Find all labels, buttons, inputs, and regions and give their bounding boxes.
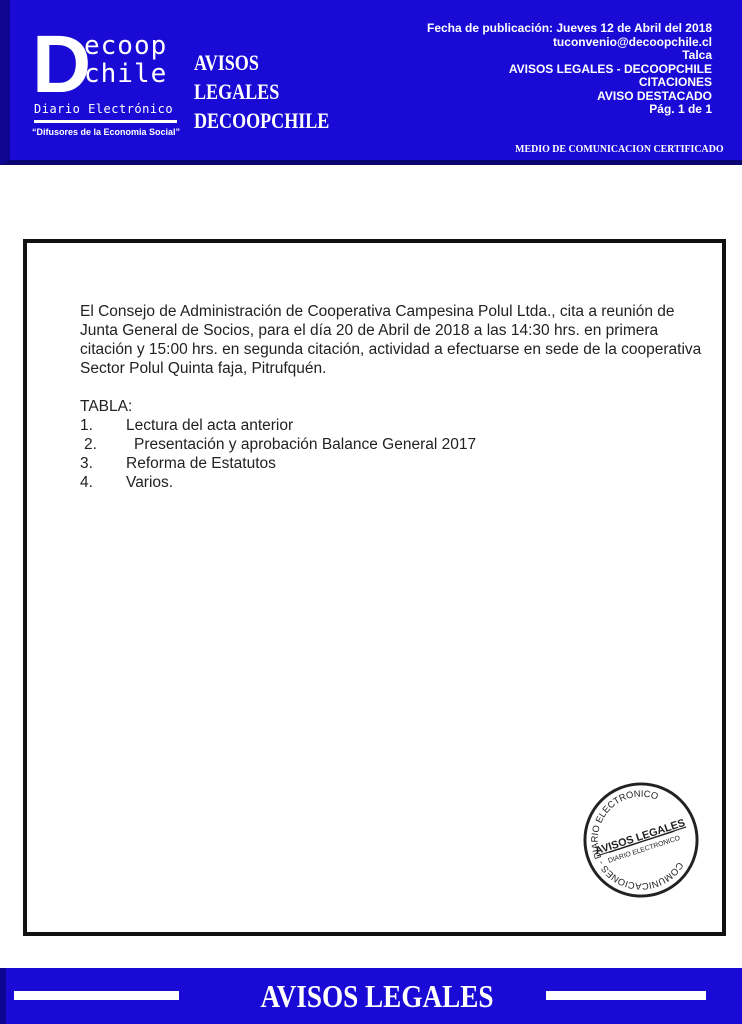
agenda-item: 2. Presentación y aprobación Balance Gen…: [80, 435, 710, 454]
agenda-item-text: Varios.: [126, 473, 173, 492]
logo-slogan: “Difusores de la Economia Social”: [32, 127, 180, 137]
agenda-item-number: 3.: [80, 454, 126, 473]
agenda-label: TABLA:: [80, 397, 710, 416]
agenda-item: 1. Lectura del acta anterior: [80, 416, 710, 435]
notice-body: El Consejo de Administración de Cooperat…: [80, 302, 710, 492]
agenda-item-text: Reforma de Estatutos: [126, 454, 276, 473]
category: CITACIONES: [427, 76, 712, 90]
agenda-item-number: 2.: [80, 435, 134, 454]
city: Talca: [427, 49, 712, 63]
agenda-item-number: 4.: [80, 473, 126, 492]
notice-paragraph: El Consejo de Administración de Cooperat…: [80, 302, 710, 378]
section-title-line: AVISOS: [194, 48, 329, 77]
logo-line1: ecoop: [84, 32, 167, 60]
agenda-item-number: 1.: [80, 416, 126, 435]
logo-divider: [34, 120, 177, 123]
footer-banner: AVISOS LEGALES: [0, 968, 742, 1024]
section-title: AVISOS LEGALES DECOOPCHILE: [194, 48, 329, 135]
publication-date: Fecha de publicación: Jueves 12 de Abril…: [427, 22, 712, 36]
agenda-item: 3. Reforma de Estatutos: [80, 454, 710, 473]
footer-divider-right: [546, 991, 706, 1000]
contact-email[interactable]: tuconvenio@decoopchile.cl: [427, 36, 712, 50]
logo-line2: chile: [84, 60, 167, 88]
agenda-item: 4. Varios.: [80, 473, 710, 492]
section-title-line: LEGALES: [194, 77, 329, 106]
certification-label: MEDIO DE COMUNICACION CERTIFICADO: [516, 143, 724, 155]
logo-big-letter: D: [32, 30, 91, 100]
header-banner: D ecoop chile Diario Electrónico “Difuso…: [0, 0, 742, 165]
logo-subtitle: Diario Electrónico: [34, 102, 173, 116]
notice-type: AVISO DESTACADO: [427, 90, 712, 104]
agenda-item-text: Lectura del acta anterior: [126, 416, 293, 435]
official-stamp-icon: COMUNICACIONES - DIARIO ELECTRONICO AVIS…: [582, 781, 700, 899]
section-title-line: DECOOPCHILE: [194, 106, 329, 135]
publication-info: Fecha de publicación: Jueves 12 de Abril…: [427, 22, 712, 117]
section-name: AVISOS LEGALES - DECOOPCHILE: [427, 63, 712, 77]
page-number: Pág. 1 de 1: [427, 103, 712, 117]
agenda-item-text: Presentación y aprobación Balance Genera…: [134, 435, 476, 454]
